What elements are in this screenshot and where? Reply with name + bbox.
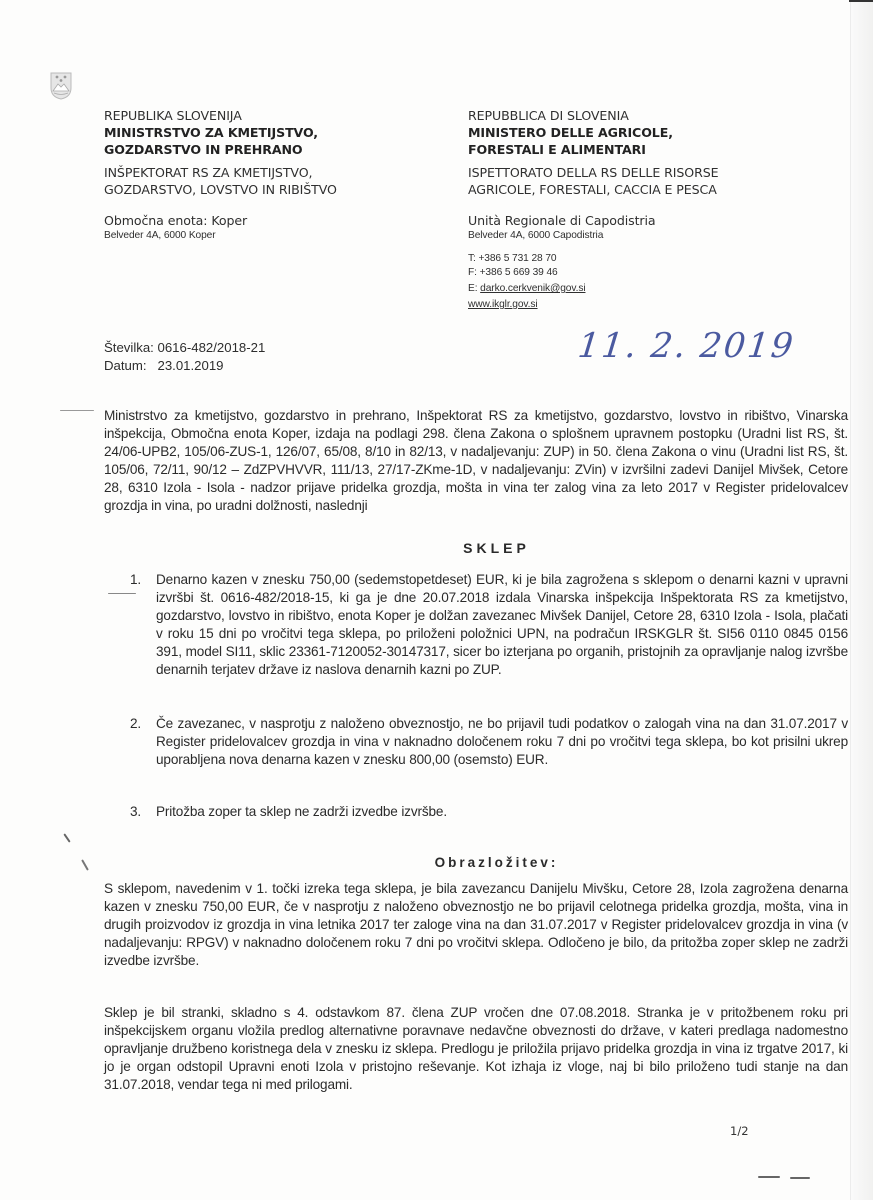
scan-mark	[790, 1177, 810, 1179]
margin-mark	[60, 410, 94, 411]
ministry-name-line1: MINISTERO DELLE AGRICOLE,	[468, 124, 719, 141]
address: Belveder 4A, 6000 Koper	[104, 229, 337, 243]
ministry-name-line2: GOZDARSTVO IN PREHRANO	[104, 141, 337, 158]
reasoning-heading: Obrazložitev:	[0, 855, 873, 870]
document-number: Številka: 0616-482/2018-21	[104, 339, 265, 357]
document-page: REPUBLIKA SLOVENIJA MINISTRSTVO ZA KMETI…	[0, 0, 873, 1200]
letterhead-slovenian: REPUBLIKA SLOVENIJA MINISTRSTVO ZA KMETI…	[104, 107, 337, 243]
inspectorate-name-line1: ISPETTORATO DELLA RS DELLE RISORSE	[468, 164, 719, 181]
item-text: Denarno kazen v znesku 750,00 (sedemstop…	[156, 571, 848, 680]
item-number: 1.	[130, 571, 150, 589]
regional-unit: Območna enota: Koper	[104, 212, 337, 229]
inspectorate-name-line1: INŠPEKTORAT RS ZA KMETIJSTVO,	[104, 164, 337, 181]
email-row: E: darko.cerkvenik@gov.si	[468, 282, 719, 296]
reasoning-paragraph: S sklepom, navedenim v 1. točki izreka t…	[104, 880, 848, 970]
republic-name: REPUBBLICA DI SLOVENIA	[468, 107, 719, 124]
phone: T: +386 5 731 28 70	[468, 252, 719, 266]
document-meta: Številka: 0616-482/2018-21 Datum: 23.01.…	[104, 339, 265, 375]
coat-of-arms-icon	[50, 72, 72, 100]
address: Belveder 4A, 6000 Capodistria	[468, 229, 719, 243]
pen-mark	[63, 833, 70, 842]
inspectorate-name-line2: GOZDARSTVO, LOVSTVO IN RIBIŠTVO	[104, 181, 337, 198]
intro-paragraph: Ministrstvo za kmetijstvo, gozdarstvo in…	[104, 407, 848, 516]
fax: F: +386 5 669 39 46	[468, 266, 719, 280]
item-number: 2.	[130, 715, 150, 733]
regional-unit: Unità Regionale di Capodistria	[468, 212, 719, 229]
website-link[interactable]: www.ikglr.gov.si	[468, 298, 719, 312]
reasoning-paragraph: Sklep je bil stranki, skladno s 4. odsta…	[104, 1004, 848, 1094]
document-date: Datum: 23.01.2019	[104, 357, 265, 375]
email-label: E:	[468, 283, 480, 294]
page-number: 1/2	[730, 1124, 749, 1138]
scan-mark	[758, 1176, 780, 1178]
letterhead-italian: REPUBBLICA DI SLOVENIA MINISTERO DELLE A…	[468, 107, 719, 312]
scan-edge-mark	[849, 0, 873, 2]
decision-heading: SKLEP	[0, 540, 873, 556]
inspectorate-name-line2: AGRICOLE, FORESTALI, CACCIA E PESCA	[468, 181, 719, 198]
item-text: Če zavezanec, v nasprotju z naloženo obv…	[156, 715, 848, 769]
email-link[interactable]: darko.cerkvenik@gov.si	[480, 283, 585, 294]
ministry-name-line1: MINISTRSTVO ZA KMETIJSTVO,	[104, 124, 337, 141]
ministry-name-line2: FORESTALI E ALIMENTARI	[468, 141, 719, 158]
item-text: Pritožba zoper ta sklep ne zadrži izvedb…	[156, 803, 848, 821]
handwritten-receipt-date: 11. 2. 2019	[576, 326, 797, 366]
decision-item: 1. Denarno kazen v znesku 750,00 (sedems…	[130, 571, 848, 680]
decision-item: 3. Pritožba zoper ta sklep ne zadrži izv…	[130, 803, 848, 821]
margin-mark	[108, 593, 136, 594]
decision-item: 2. Če zavezanec, v nasprotju z naloženo …	[130, 715, 848, 769]
item-number: 3.	[130, 803, 150, 821]
scan-edge	[850, 0, 873, 1200]
republic-name: REPUBLIKA SLOVENIJA	[104, 107, 337, 124]
